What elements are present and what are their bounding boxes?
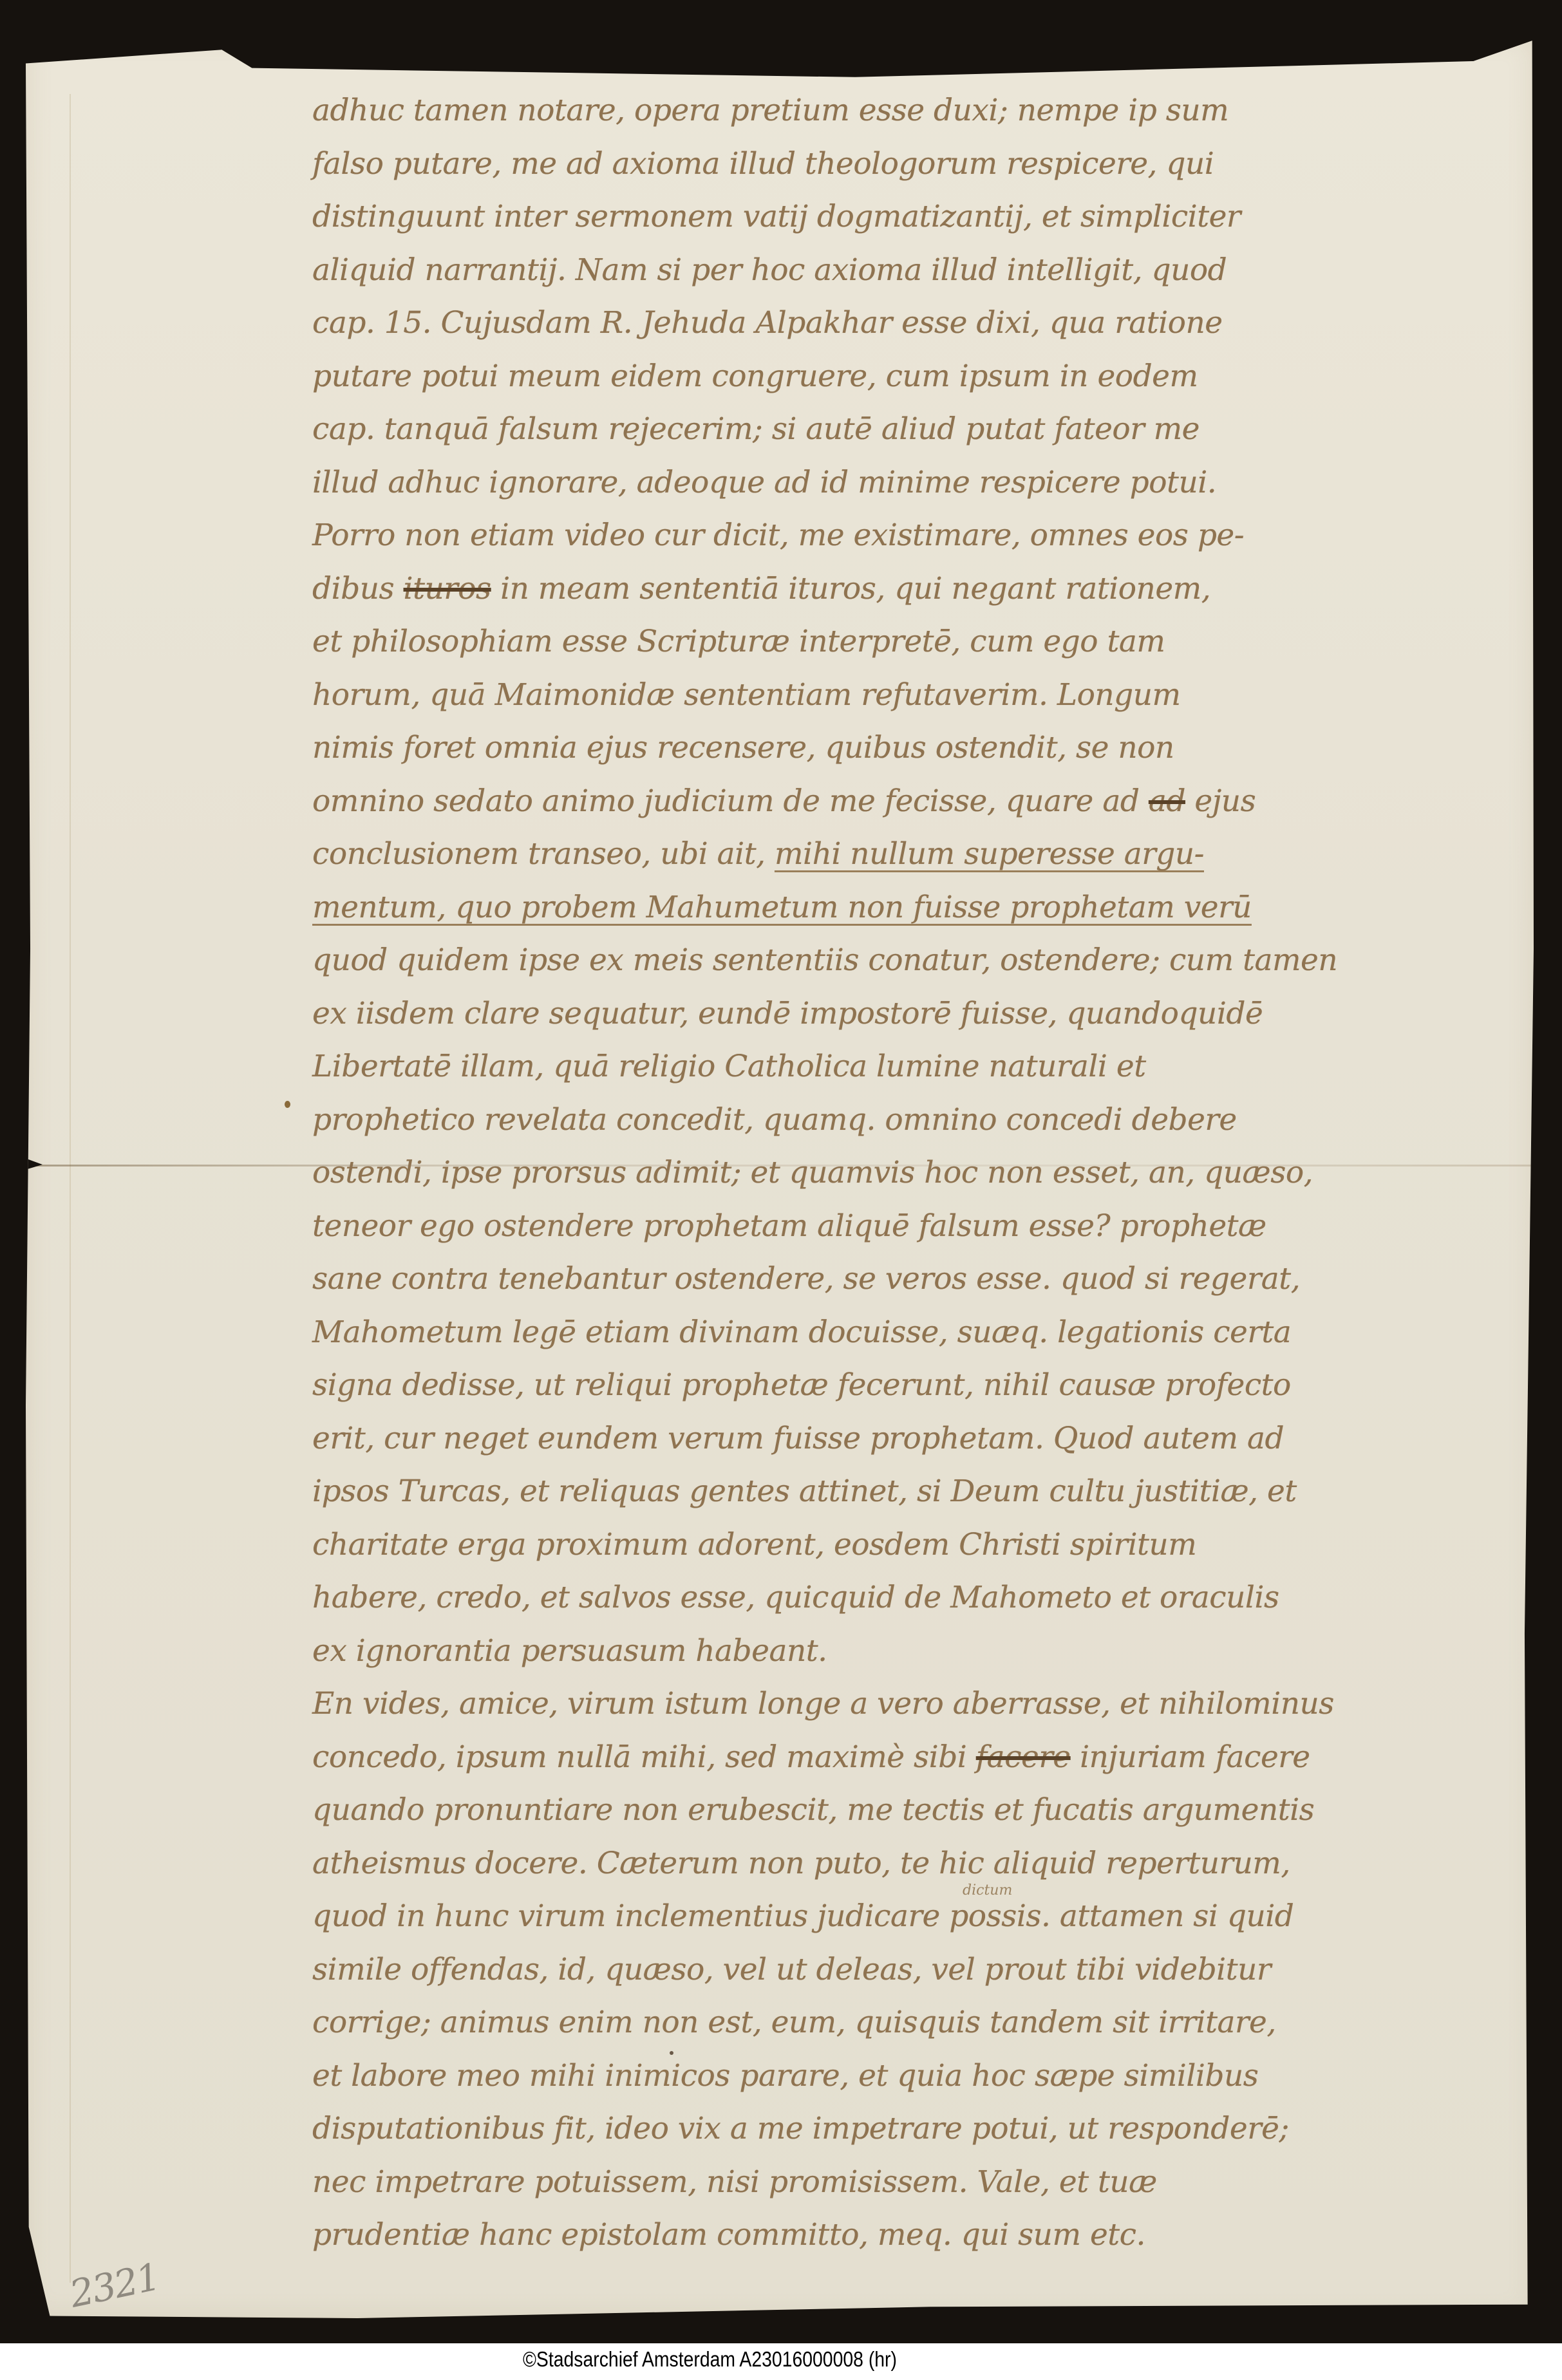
manuscript-line: nimis foret omnia ejus recensere, quibus…: [312, 722, 1555, 775]
manuscript-line: mentum, quo probem Mahumetum non fuisse …: [312, 881, 1555, 935]
line-text: dibus: [312, 571, 404, 606]
line-text: ex iisdem clare sequatur, eundē impostor…: [312, 996, 1263, 1031]
manuscript-line: Mahometum legē etiam divinam docuisse, s…: [312, 1306, 1555, 1360]
manuscript-line: quando pronuntiare non erubescit, me tec…: [312, 1784, 1555, 1837]
line-text: cap. 15. Cujusdam R. Jehuda Alpakhar ess…: [312, 305, 1223, 341]
copyright-credit: ©Stadsarchief Amsterdam A23016000008 (hr…: [523, 2347, 897, 2372]
manuscript-line: ipsos Turcas, et reliquas gentes attinet…: [312, 1465, 1555, 1519]
line-text: En vides, amice, virum istum longe a ver…: [312, 1686, 1334, 1721]
manuscript-line: concedo, ipsum nullā mihi, sed maximè si…: [312, 1731, 1555, 1785]
line-text: horum, quā Maimonidæ sententiam refutave…: [312, 677, 1181, 713]
manuscript-line: Porro non etiam video cur dicit, me exis…: [312, 509, 1555, 563]
line-text: teneor ego ostendere prophetam aliquē fa…: [312, 1208, 1266, 1244]
line-text: putare potui meum eidem congruere, cum i…: [312, 359, 1198, 394]
manuscript-line: cap. tanquā falsum rejecerim; si autē al…: [312, 403, 1555, 456]
manuscript-line: ostendi, ipse prorsus adimit; et quamvis…: [312, 1147, 1555, 1200]
struck-out-word: ituros: [404, 571, 491, 606]
manuscript-line: cap. 15. Cujusdam R. Jehuda Alpakhar ess…: [312, 297, 1555, 350]
manuscript-line: putare potui meum eidem congruere, cum i…: [312, 350, 1555, 404]
manuscript-line: simile offendas, id, quæso, vel ut delea…: [312, 1944, 1555, 1997]
manuscript-line: conclusionem transeo, ubi ait, mihi null…: [312, 828, 1555, 881]
line-text: injuriam facere: [1071, 1739, 1310, 1775]
manuscript-line: teneor ego ostendere prophetam aliquē fa…: [312, 1200, 1555, 1253]
line-text: ipsos Turcas, et reliquas gentes attinet…: [312, 1474, 1297, 1509]
manuscript-line: Libertatē illam, quā religio Catholica l…: [312, 1040, 1555, 1094]
manuscript-line: quod quidem ipse ex meis sententiis cona…: [312, 934, 1555, 988]
line-text: ejus: [1185, 783, 1256, 819]
manuscript-line: prophetico revelata concedit, quamq. omn…: [312, 1094, 1555, 1147]
manuscript-line: signa dedisse, ut reliqui prophetæ fecer…: [312, 1359, 1555, 1412]
manuscript-line: aliquid narrantij. Nam si per hoc axioma…: [312, 244, 1555, 297]
manuscript-line: habere, credo, et salvos esse, quicquid …: [312, 1571, 1555, 1625]
interlinear-insertion: dictum: [963, 1882, 1012, 1898]
line-text: omnino sedato animo judicium de me fecis…: [312, 783, 1149, 819]
line-text: ostendi, ipse prorsus adimit; et quamvis…: [312, 1155, 1313, 1190]
line-text: et labore meo mihi inimicos parare, et q…: [312, 2058, 1258, 2094]
manuscript-line: distinguunt inter sermonem vatij dogmati…: [312, 191, 1555, 244]
manuscript-line: quod in hunc virum inclementius judicare…: [312, 1890, 1555, 1944]
ink-spot: [285, 1101, 290, 1108]
manuscript-line: erit, cur neget eundem verum fuisse prop…: [312, 1412, 1555, 1466]
struck-out-word: facere: [976, 1739, 1071, 1775]
struck-out-word: ad: [1149, 783, 1185, 819]
underlined-quotation: mentum, quo probem Mahumetum non fuisse …: [312, 890, 1252, 925]
manuscript-line: et philosophiam esse Scripturæ interpret…: [312, 615, 1555, 669]
line-text: signa dedisse, ut reliqui prophetæ fecer…: [312, 1367, 1291, 1403]
line-text: Mahometum legē etiam divinam docuisse, s…: [312, 1315, 1291, 1350]
manuscript-line: disputationibus fit, ideo vix a me impet…: [312, 2103, 1555, 2156]
line-text: et philosophiam esse Scripturæ interpret…: [312, 624, 1165, 659]
line-text: disputationibus fit, ideo vix a me impet…: [312, 2111, 1289, 2146]
manuscript-line: horum, quā Maimonidæ sententiam refutave…: [312, 669, 1555, 722]
manuscript-line: omnino sedato animo judicium de me fecis…: [312, 775, 1555, 829]
line-text: sane contra tenebantur ostendere, se ver…: [312, 1261, 1300, 1297]
manuscript-line: prudentiæ hanc epistolam committo, meq. …: [312, 2209, 1555, 2262]
manuscript-line: sane contra tenebantur ostendere, se ver…: [312, 1253, 1555, 1306]
manuscript-line: ex iisdem clare sequatur, eundē impostor…: [312, 988, 1555, 1041]
line-text: nec impetrare potuissem, nisi promisisse…: [312, 2164, 1157, 2200]
line-text: in meam sententiā ituros, qui negant rat…: [491, 571, 1211, 606]
manuscript-line: ex ignorantia persuasum habeant.: [312, 1625, 1555, 1678]
manuscript-line: adhuc tamen notare, opera pretium esse d…: [312, 84, 1555, 138]
line-text: adhuc tamen notare, opera pretium esse d…: [312, 93, 1228, 128]
line-text: erit, cur neget eundem verum fuisse prop…: [312, 1421, 1284, 1456]
line-text: cap. tanquā falsum rejecerim; si autē al…: [312, 411, 1200, 447]
line-text: simile offendas, id, quæso, vel ut delea…: [312, 1952, 1271, 1987]
line-text: Porro non etiam video cur dicit, me exis…: [312, 518, 1244, 553]
archive-footer: ©Stadsarchief Amsterdam A23016000008 (hr…: [0, 2343, 1562, 2380]
line-text: quod quidem ipse ex meis sententiis cona…: [312, 942, 1337, 978]
manuscript-line: atheismus docere. Cæterum non puto, te h…: [312, 1837, 1555, 1891]
line-text: illud adhuc ignorare, adeoque ad id mini…: [312, 465, 1216, 500]
line-text: corrige; animus enim non est, eum, quisq…: [312, 2005, 1276, 2040]
line-text: habere, credo, et salvos esse, quicquid …: [312, 1580, 1279, 1615]
line-text: nimis foret omnia ejus recensere, quibus…: [312, 730, 1174, 765]
archive-folio-number: 2321: [66, 2254, 163, 2316]
manuscript-line: falso putare, me ad axioma illud theolog…: [312, 138, 1555, 191]
line-text: conclusionem transeo, ubi ait,: [312, 836, 775, 872]
line-text: prophetico revelata concedit, quamq. omn…: [312, 1102, 1237, 1138]
letter-body: adhuc tamen notare, opera pretium esse d…: [312, 84, 1555, 2262]
line-text: distinguunt inter sermonem vatij dogmati…: [312, 199, 1241, 234]
line-text: charitate erga proximum adorent, eosdem …: [312, 1527, 1196, 1562]
line-text: falso putare, me ad axioma illud theolog…: [312, 146, 1214, 182]
manuscript-line: En vides, amice, virum istum longe a ver…: [312, 1678, 1555, 1731]
underlined-quotation: mihi nullum superesse argu-: [775, 836, 1204, 872]
line-text: concedo, ipsum nullā mihi, sed maximè si…: [312, 1739, 976, 1775]
line-text: ex ignorantia persuasum habeant.: [312, 1633, 827, 1669]
line-text: atheismus docere. Cæterum non puto, te h…: [312, 1846, 1290, 1881]
manuscript-line: illud adhuc ignorare, adeoque ad id mini…: [312, 456, 1555, 510]
manuscript-line: dibus ituros in meam sententiā ituros, q…: [312, 563, 1555, 616]
manuscript-line: nec impetrare potuissem, nisi promisisse…: [312, 2156, 1555, 2209]
manuscript-line: charitate erga proximum adorent, eosdem …: [312, 1519, 1555, 1572]
line-text: quando pronuntiare non erubescit, me tec…: [312, 1792, 1314, 1828]
line-text: quod in hunc virum inclementius judicare…: [312, 1898, 1294, 1934]
line-text: prudentiæ hanc epistolam committo, meq. …: [312, 2217, 1145, 2253]
manuscript-line: et labore meo mihi inimicos parare, et q…: [312, 2050, 1555, 2103]
line-text: aliquid narrantij. Nam si per hoc axioma…: [312, 252, 1227, 288]
margin-crease: [70, 94, 71, 2283]
line-text: Libertatē illam, quā religio Catholica l…: [312, 1049, 1146, 1084]
manuscript-sheet: adhuc tamen notare, opera pretium esse d…: [26, 36, 1534, 2318]
manuscript-line: corrige; animus enim non est, eum, quisq…: [312, 1996, 1555, 2050]
